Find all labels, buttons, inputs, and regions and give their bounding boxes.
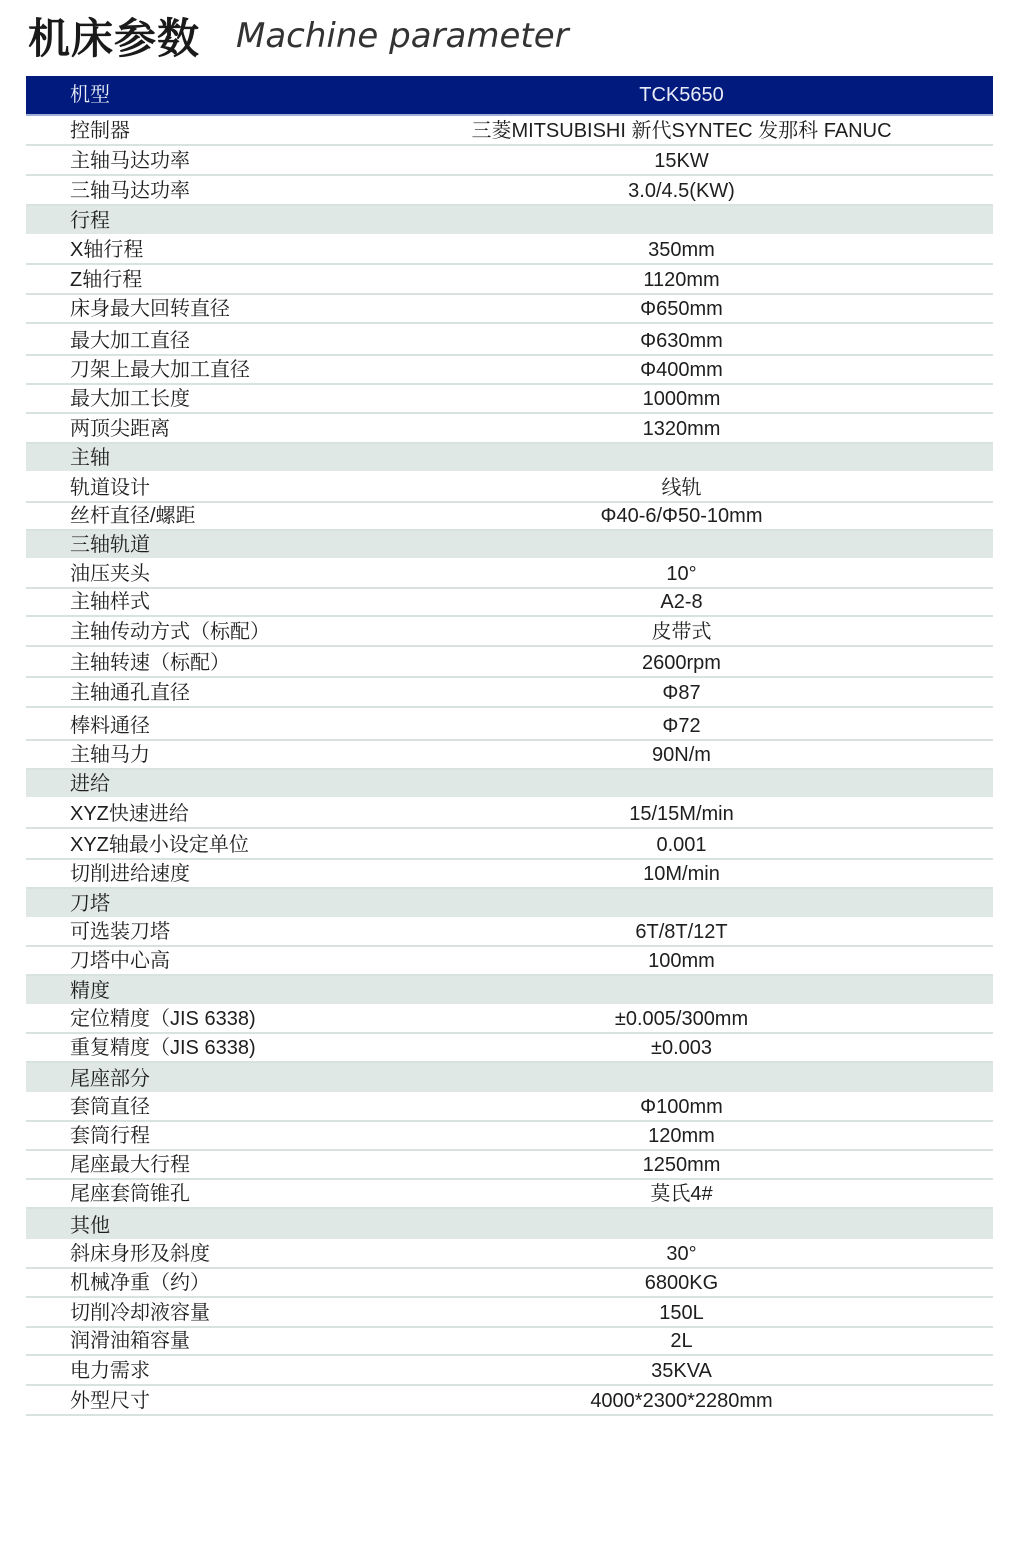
table-row: XYZ快速进给15/15M/min xyxy=(26,799,993,829)
param-value: 线轨 xyxy=(460,476,993,501)
param-label: 电力需求 xyxy=(26,1359,460,1384)
param-label: 主轴马达功率 xyxy=(26,149,460,174)
param-value xyxy=(460,1091,993,1092)
param-value: Φ72 xyxy=(460,714,993,739)
table-row: 三轴马达功率3.0/4.5(KW) xyxy=(26,176,993,206)
section-label: 三轴轨道 xyxy=(26,533,460,558)
param-value: 10M/min xyxy=(460,862,993,887)
table-row: 主轴马达功率15KW xyxy=(26,146,993,176)
param-label: 主轴马力 xyxy=(26,743,460,768)
param-label: 套筒直径 xyxy=(26,1095,460,1120)
table-row: 两顶尖距离1320mm xyxy=(26,414,993,444)
param-label: 重复精度（JIS 6338) xyxy=(26,1036,460,1061)
param-value xyxy=(460,233,993,234)
table-row: 油压夹头10° xyxy=(26,560,993,589)
param-value: 2600rpm xyxy=(460,651,993,676)
param-label: Z轴行程 xyxy=(26,268,460,293)
param-value: 3.0/4.5(KW) xyxy=(460,179,993,204)
header-label: 机型 xyxy=(26,83,460,107)
param-label: 外型尺寸 xyxy=(26,1389,460,1414)
param-label: X轴行程 xyxy=(26,238,460,263)
section-row: 行程 xyxy=(26,206,993,236)
table-row: 刀塔中心高100mm xyxy=(26,947,993,976)
table-row: 棒料通径Φ72 xyxy=(26,708,993,741)
param-label: 控制器 xyxy=(26,119,460,144)
table-row: 床身最大回转直径Φ650mm xyxy=(26,295,993,324)
table-body: 控制器三菱MITSUBISHI 新代SYNTEC 发那科 FANUC主轴马达功率… xyxy=(26,116,993,1416)
param-label: 主轴通孔直径 xyxy=(26,681,460,706)
param-value: 150L xyxy=(460,1301,993,1326)
param-value xyxy=(460,557,993,558)
table-row: 轨道设计线轨 xyxy=(26,473,993,503)
table-row: 套筒直径Φ100mm xyxy=(26,1094,993,1122)
table-row: 主轴通孔直径Φ87 xyxy=(26,678,993,708)
param-value: 15KW xyxy=(460,149,993,174)
param-label: 润滑油箱容量 xyxy=(26,1329,460,1354)
param-label: 刀塔中心高 xyxy=(26,949,460,974)
param-label: 床身最大回转直径 xyxy=(26,297,460,322)
section-label: 精度 xyxy=(26,979,460,1004)
section-row: 进给 xyxy=(26,770,993,799)
section-label: 进给 xyxy=(26,772,460,797)
param-label: 斜床身形及斜度 xyxy=(26,1242,460,1267)
section-row: 主轴 xyxy=(26,444,993,473)
param-value: ±0.005/300mm xyxy=(460,1007,993,1032)
table-row: 切削冷却液容量150L xyxy=(26,1298,993,1328)
table-row: 主轴马力90N/m xyxy=(26,741,993,770)
section-label: 尾座部分 xyxy=(26,1067,460,1092)
table-row: 机械净重（约）6800KG xyxy=(26,1269,993,1298)
param-value: 90N/m xyxy=(460,743,993,768)
param-value xyxy=(460,916,993,917)
param-value: 皮带式 xyxy=(460,620,993,645)
table-row: 定位精度（JIS 6338)±0.005/300mm xyxy=(26,1006,993,1034)
table-row: 重复精度（JIS 6338)±0.003 xyxy=(26,1034,993,1063)
table-row: 套筒行程120mm xyxy=(26,1122,993,1151)
param-value: 10° xyxy=(460,562,993,587)
table-row: 电力需求35KVA xyxy=(26,1356,993,1386)
section-label: 主轴 xyxy=(26,446,460,471)
param-value: 100mm xyxy=(460,949,993,974)
param-label: 轨道设计 xyxy=(26,476,460,501)
param-value: 15/15M/min xyxy=(460,802,993,827)
section-label: 行程 xyxy=(26,209,460,234)
param-label: 尾座套筒锥孔 xyxy=(26,1182,460,1207)
param-label: 三轴马达功率 xyxy=(26,179,460,204)
param-label: 切削冷却液容量 xyxy=(26,1301,460,1326)
section-row: 三轴轨道 xyxy=(26,531,993,560)
table-row: 主轴样式A2-8 xyxy=(26,589,993,617)
param-value: 0.001 xyxy=(460,833,993,858)
section-row: 其他 xyxy=(26,1209,993,1241)
param-value: 1120mm xyxy=(460,268,993,293)
table-row: 最大加工长度1000mm xyxy=(26,385,993,414)
param-label: 可选装刀塔 xyxy=(26,920,460,945)
section-label: 刀塔 xyxy=(26,892,460,917)
header-value: TCK5650 xyxy=(460,83,993,107)
param-value: 4000*2300*2280mm xyxy=(460,1389,993,1414)
table-row: 最大加工直径Φ630mm xyxy=(26,324,993,356)
param-value: Φ630mm xyxy=(460,329,993,354)
param-label: 两顶尖距离 xyxy=(26,417,460,442)
param-label: 主轴转速（标配） xyxy=(26,651,460,676)
table-row: Z轴行程1120mm xyxy=(26,265,993,295)
section-row: 精度 xyxy=(26,976,993,1006)
param-value: 30° xyxy=(460,1242,993,1267)
title-english: Machine parameter xyxy=(236,16,569,56)
param-label: 油压夹头 xyxy=(26,562,460,587)
param-label: 最大加工直径 xyxy=(26,329,460,354)
table-row: 外型尺寸4000*2300*2280mm xyxy=(26,1386,993,1416)
param-value: 1250mm xyxy=(460,1153,993,1178)
param-label: 最大加工长度 xyxy=(26,387,460,412)
param-value: 350mm xyxy=(460,238,993,263)
param-label: XYZ快速进给 xyxy=(26,802,460,827)
table-row: 斜床身形及斜度30° xyxy=(26,1241,993,1269)
section-row: 刀塔 xyxy=(26,889,993,919)
param-value: 6T/8T/12T xyxy=(460,920,993,945)
table-row: 刀架上最大加工直径Φ400mm xyxy=(26,356,993,385)
param-label: 尾座最大行程 xyxy=(26,1153,460,1178)
param-value: 1000mm xyxy=(460,387,993,412)
table-row: 尾座最大行程1250mm xyxy=(26,1151,993,1180)
table-row: 丝杆直径/螺距Φ40-6/Φ50-10mm xyxy=(26,503,993,531)
table-row: 可选装刀塔6T/8T/12T xyxy=(26,919,993,947)
param-value: 6800KG xyxy=(460,1271,993,1296)
table-row: 主轴传动方式（标配）皮带式 xyxy=(26,617,993,647)
table-row: XYZ轴最小设定单位0.001 xyxy=(26,829,993,860)
param-label: 切削进给速度 xyxy=(26,862,460,887)
param-value xyxy=(460,1003,993,1004)
param-value: A2-8 xyxy=(460,590,993,615)
param-label: 定位精度（JIS 6338) xyxy=(26,1007,460,1032)
param-value: Φ400mm xyxy=(460,358,993,383)
param-value: 三菱MITSUBISHI 新代SYNTEC 发那科 FANUC xyxy=(460,119,993,144)
param-label: 主轴样式 xyxy=(26,590,460,615)
parameter-table: 机型 TCK5650 控制器三菱MITSUBISHI 新代SYNTEC 发那科 … xyxy=(26,76,993,1416)
param-value: Φ100mm xyxy=(460,1095,993,1120)
param-value: 35KVA xyxy=(460,1359,993,1384)
param-label: 套筒行程 xyxy=(26,1124,460,1149)
table-row: 切削进给速度10M/min xyxy=(26,860,993,889)
param-value: Φ40-6/Φ50-10mm xyxy=(460,504,993,529)
param-label: 刀架上最大加工直径 xyxy=(26,358,460,383)
param-label: 主轴传动方式（标配） xyxy=(26,620,460,645)
param-value: 120mm xyxy=(460,1124,993,1149)
table-row: 主轴转速（标配）2600rpm xyxy=(26,647,993,678)
param-label: 机械净重（约） xyxy=(26,1271,460,1296)
param-value xyxy=(460,470,993,471)
table-row: 控制器三菱MITSUBISHI 新代SYNTEC 发那科 FANUC xyxy=(26,116,993,146)
param-value: Φ650mm xyxy=(460,297,993,322)
param-value xyxy=(460,1238,993,1239)
title-chinese: 机床参数 xyxy=(28,6,200,66)
param-value: ±0.003 xyxy=(460,1036,993,1061)
table-row: 润滑油箱容量2L xyxy=(26,1328,993,1356)
param-value: 2L xyxy=(460,1329,993,1354)
param-value xyxy=(460,796,993,797)
section-row: 尾座部分 xyxy=(26,1063,993,1094)
param-label: 丝杆直径/螺距 xyxy=(26,504,460,529)
table-row: 尾座套筒锥孔莫氏4# xyxy=(26,1180,993,1209)
param-value: 莫氏4# xyxy=(460,1182,993,1207)
table-row: X轴行程350mm xyxy=(26,236,993,265)
table-header-row: 机型 TCK5650 xyxy=(26,76,993,116)
param-value: 1320mm xyxy=(460,417,993,442)
param-value: Φ87 xyxy=(460,681,993,706)
param-label: XYZ轴最小设定单位 xyxy=(26,833,460,858)
page-title: 机床参数 Machine parameter xyxy=(28,8,569,64)
section-label: 其他 xyxy=(26,1214,460,1239)
param-label: 棒料通径 xyxy=(26,714,460,739)
